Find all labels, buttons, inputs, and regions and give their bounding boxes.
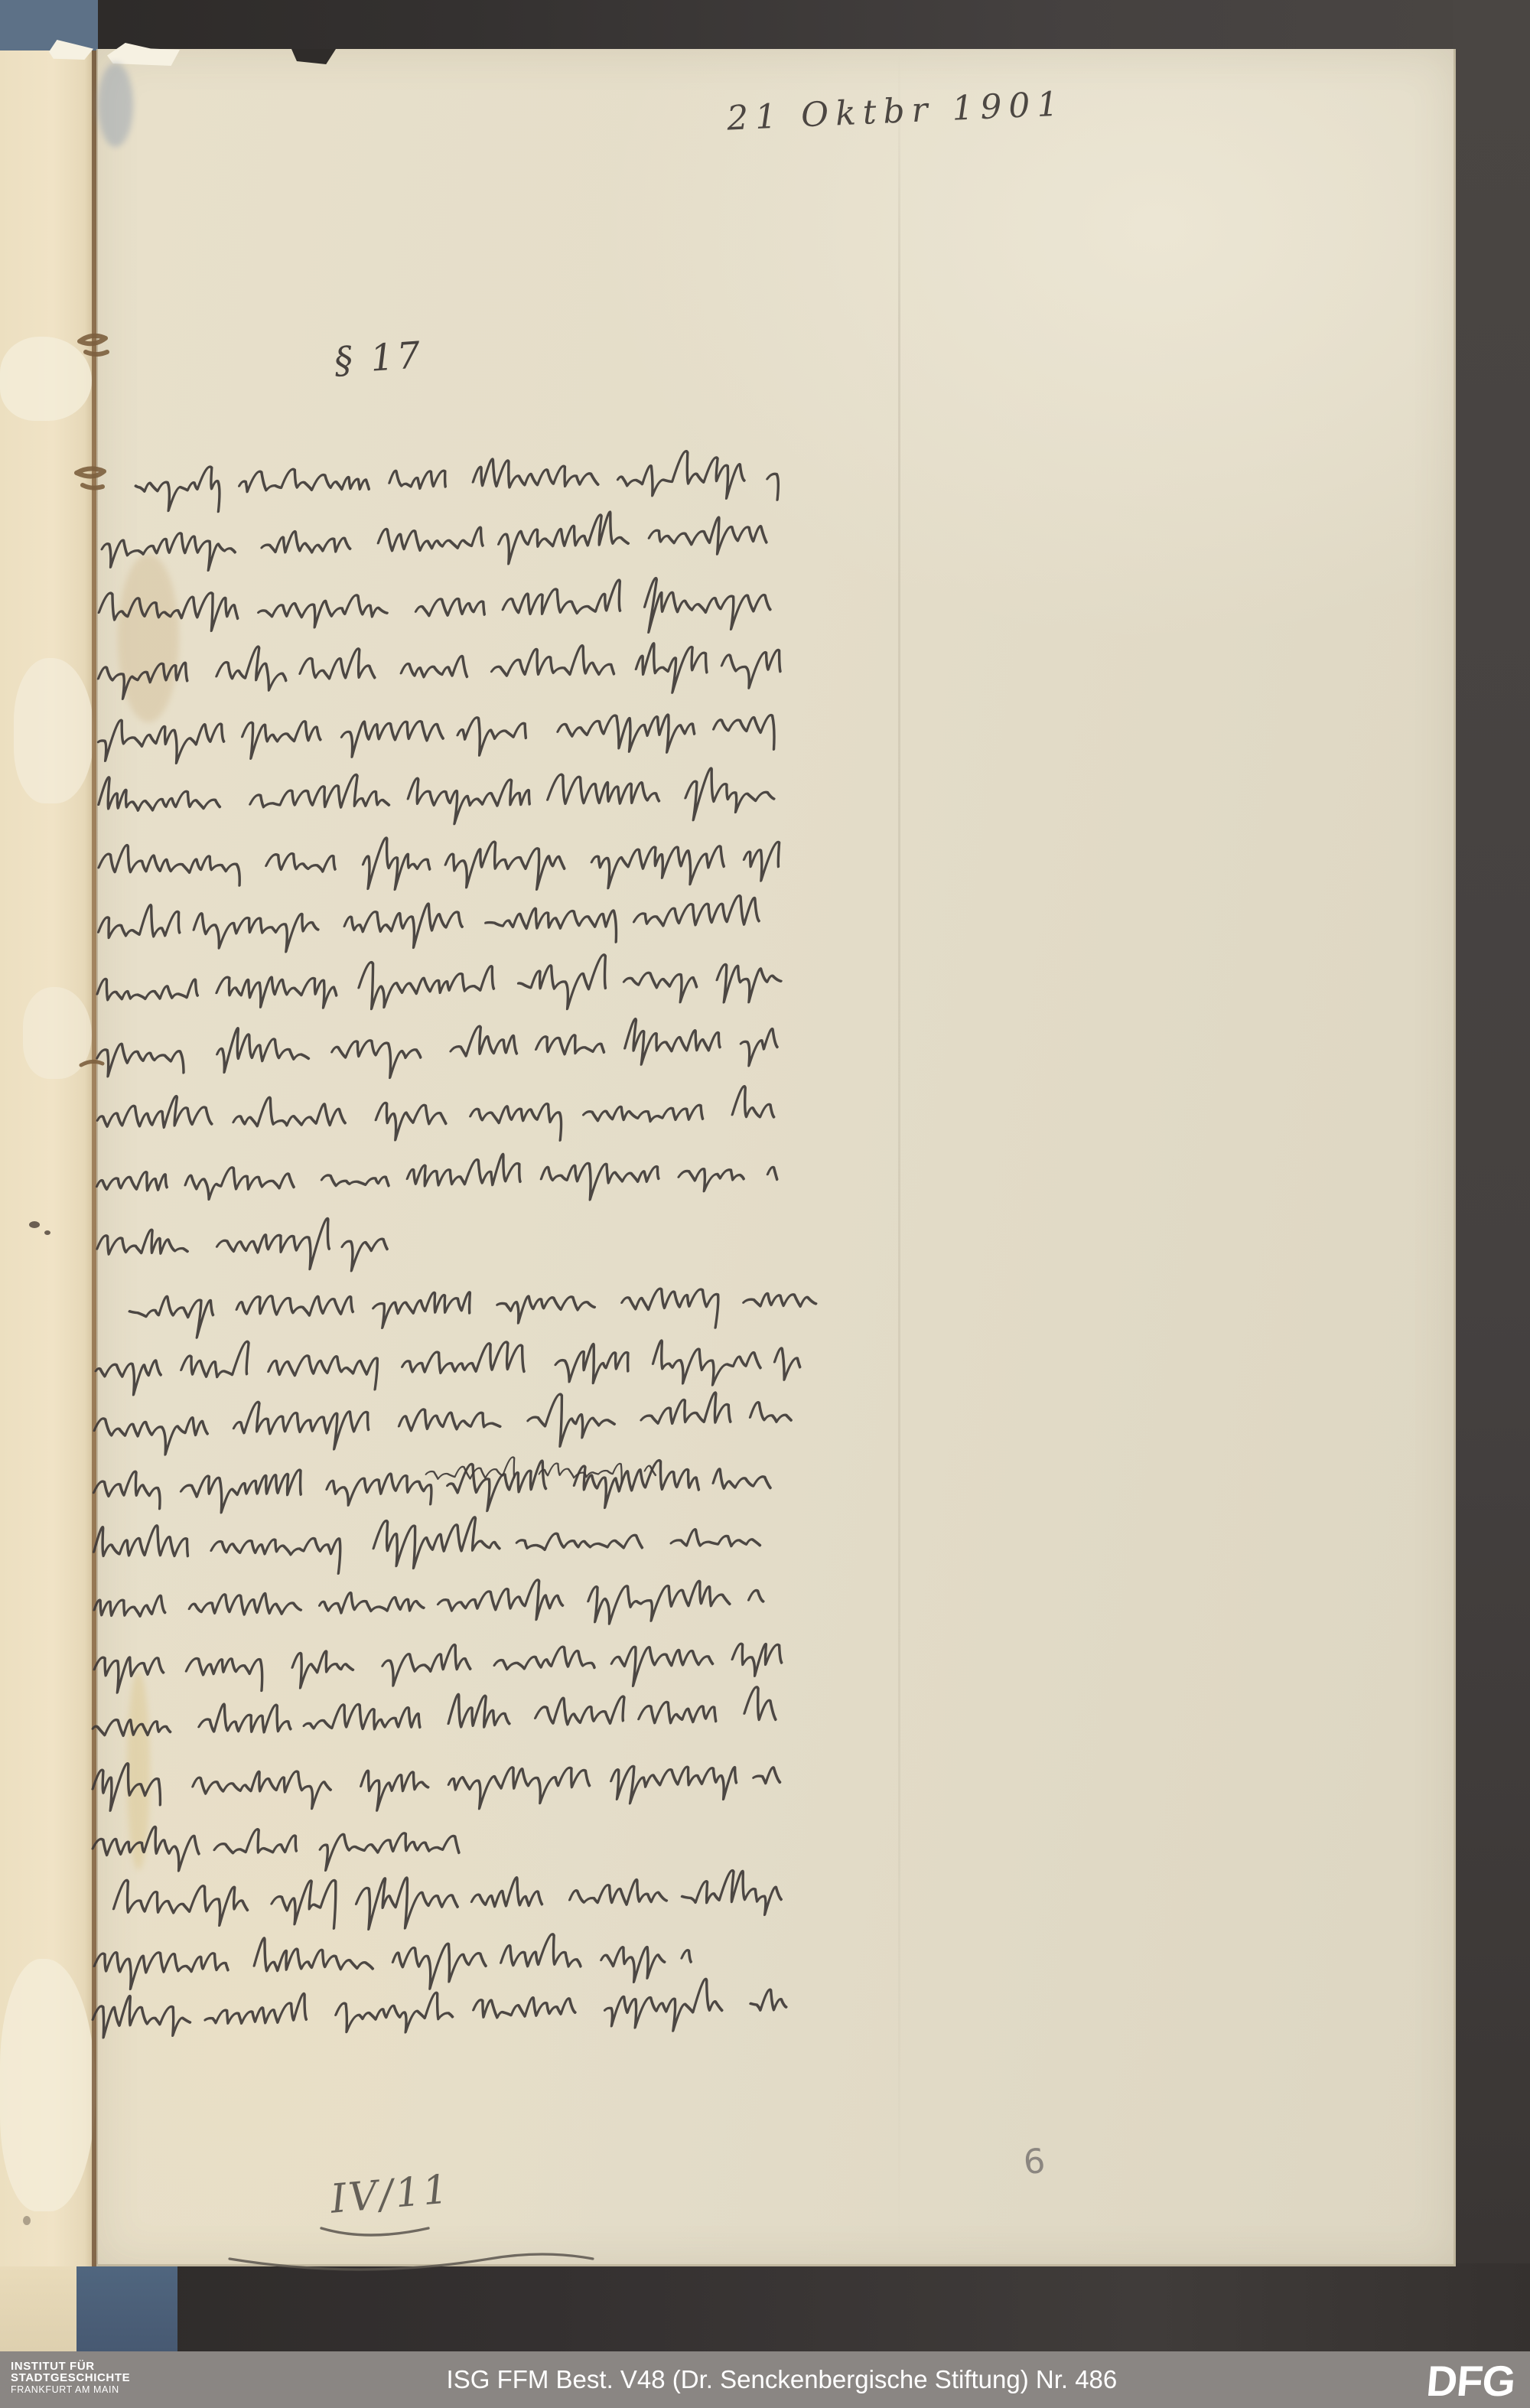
archive-reference: ISG FFM Best. V48 (Dr. Senckenbergische …	[447, 2351, 1118, 2408]
handwriting-line	[89, 1575, 770, 1633]
handwriting-line	[92, 1149, 784, 1209]
handwriting-line	[87, 1977, 793, 2045]
handwriting-line	[91, 1217, 395, 1275]
stitching-thread	[76, 468, 104, 487]
handwriting-line	[93, 577, 778, 640]
stitching-thread	[80, 336, 107, 354]
handwriting-line	[88, 1639, 787, 1696]
handwriting-line	[88, 1931, 698, 1994]
archival-scan: 21 Oktbr 1901 § 17 IV/11 6 INSTITUT FÜR …	[0, 0, 1530, 2408]
handwriting-line	[93, 637, 788, 702]
caption-bar: INSTITUT FÜR STADTGESCHICHTE FRANKFURT A…	[0, 2351, 1530, 2408]
institute-logo: INSTITUT FÜR STADTGESCHICHTE FRANKFURT A…	[11, 2361, 130, 2395]
handwriting-line	[96, 509, 774, 573]
dfg-logo: DFG	[1424, 2356, 1517, 2406]
institute-line2: STADTGESCHICHTE	[11, 2372, 130, 2384]
handwriting-line	[86, 1751, 787, 1815]
handwriting-line	[87, 1824, 466, 1873]
handwriting-line	[93, 767, 781, 829]
folio-underline-swash	[229, 2254, 593, 2270]
handwriting-line	[93, 833, 786, 894]
handwriting-line	[108, 1868, 789, 1934]
institute-line3: FRANKFURT AM MAIN	[11, 2385, 130, 2395]
handwriting-line	[91, 1015, 784, 1084]
institute-line1: INSTITUT FÜR	[11, 2361, 130, 2372]
handwriting-line	[88, 1389, 798, 1458]
handwriting-line	[88, 1458, 777, 1516]
folio-underline	[321, 2228, 428, 2235]
handwriting-line	[90, 1334, 808, 1396]
handwriting-line	[88, 1513, 768, 1578]
handwriting-line	[91, 950, 788, 1021]
handwriting-line	[129, 450, 789, 513]
handwriting-line	[93, 706, 784, 765]
stitching-thread	[81, 1061, 103, 1065]
handwriting-line	[91, 1086, 781, 1146]
handwriting-body	[0, 0, 1530, 2408]
handwriting-line	[123, 1285, 820, 1338]
handwriting-line	[91, 1686, 783, 1737]
handwriting-line	[93, 892, 766, 956]
